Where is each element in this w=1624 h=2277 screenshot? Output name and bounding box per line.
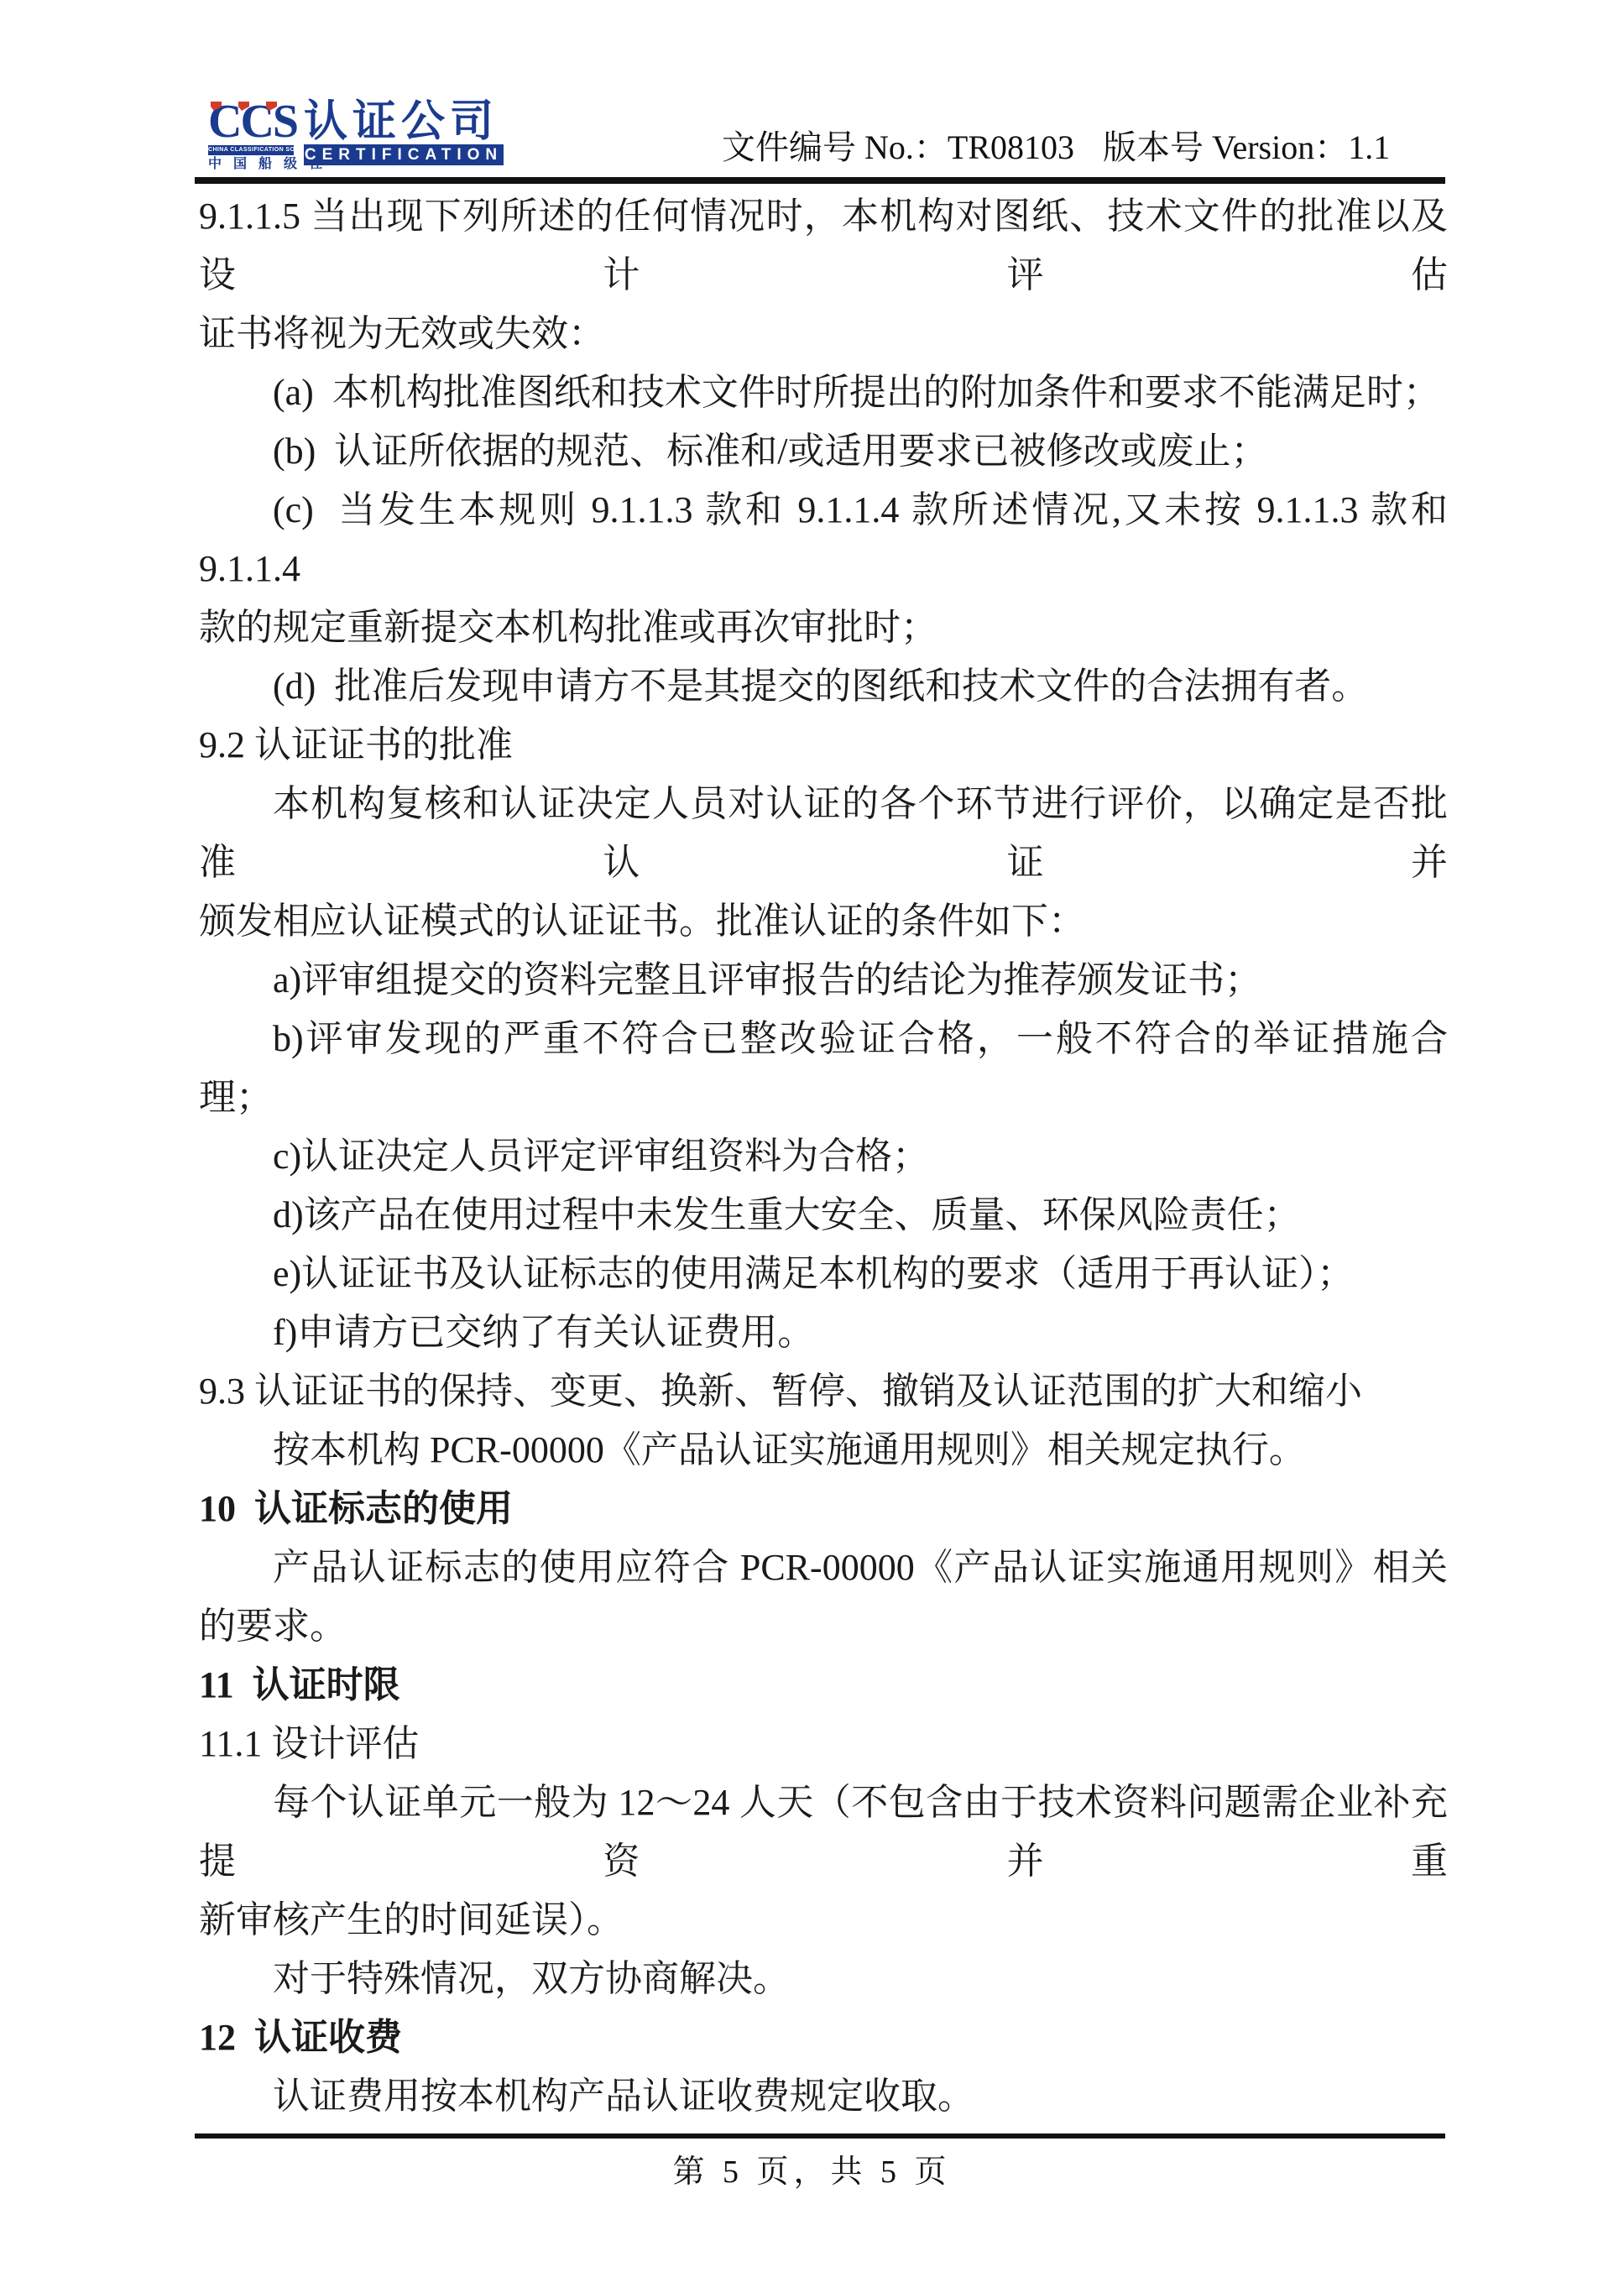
document-body: 9.1.1.5 当出现下列所述的任何情况时，本机构对图纸、技术文件的批准以及设计… xyxy=(199,187,1448,2126)
paragraph-line: c)认证决定人员评定评审组资料为合格； xyxy=(199,1127,1448,1186)
paragraph-line: b)评审发现的严重不符合已整改验证合格，一般不符合的举证措施合理； xyxy=(199,1010,1448,1127)
paragraph-line: 11 认证时限 xyxy=(199,1656,1448,1715)
version-label: 版本号 Version： xyxy=(1103,128,1348,166)
paragraph-line: 本机构复核和认证决定人员对认证的各个环节进行评价，以确定是否批准认证并 xyxy=(199,775,1448,892)
paragraph-line: a)评审组提交的资料完整且评审报告的结论为推荐颁发证书； xyxy=(199,951,1448,1010)
paragraph-line: (c) 当发生本规则 9.1.1.3 款和 9.1.1.4 款所述情况,又未按 … xyxy=(199,481,1448,598)
footer-rule xyxy=(195,2133,1445,2139)
paragraph-line: 款的规定重新提交本机构批准或再次审批时； xyxy=(199,598,1448,657)
doc-number-label: 文件编号 No.： xyxy=(722,128,948,166)
ccs-logo-left: CCS CHINA CLASSIFICATION SOCIETY 中 国 船 级… xyxy=(208,102,294,172)
paragraph-line: 12 认证收费 xyxy=(199,2008,1448,2067)
page-footer: 第 5 页，共 5 页 xyxy=(0,2145,1624,2191)
paragraph-line: 9.2 认证证书的批准 xyxy=(199,716,1448,775)
version-value: 1.1 xyxy=(1348,128,1390,166)
ccs-logo-right: 认证公司 CERTIFICATION xyxy=(304,102,504,165)
paragraph-line: e)认证证书及认证标志的使用满足本机构的要求（适用于再认证）； xyxy=(199,1245,1448,1303)
paragraph-line: d)该产品在使用过程中未发生重大安全、质量、环保风险责任； xyxy=(199,1186,1448,1245)
paragraph-line: 按本机构 PCR-00000《产品认证实施通用规则》相关规定执行。 xyxy=(199,1421,1448,1480)
paragraph-line: 证书将视为无效或失效： xyxy=(199,305,1448,363)
document-meta: 文件编号 No.：TR08103版本号 Version：1.1 xyxy=(722,128,1452,168)
paragraph-line: 产品认证标志的使用应符合 PCR-00000《产品认证实施通用规则》相关的要求。 xyxy=(199,1538,1448,1656)
paragraph-line: (b) 认证所依据的规范、标准和/或适用要求已被修改或废止； xyxy=(199,422,1448,481)
page: CCS CHINA CLASSIFICATION SOCIETY 中 国 船 级… xyxy=(0,0,1624,2277)
paragraph-line: 9.1.1.5 当出现下列所述的任何情况时，本机构对图纸、技术文件的批准以及设计… xyxy=(199,187,1448,305)
paragraph-line: f)申请方已交纳了有关认证费用。 xyxy=(199,1303,1448,1362)
paragraph-line: (a) 本机构批准图纸和技术文件时所提出的附加条件和要求不能满足时； xyxy=(199,363,1448,422)
certification-bar: CERTIFICATION xyxy=(304,144,504,165)
company-cn-name: 认证公司 xyxy=(304,102,504,143)
society-cn-name: 中 国 船 级 社 xyxy=(208,157,294,172)
ccs-acronym: CCS xyxy=(208,102,294,143)
paragraph-line: (d) 批准后发现申请方不是其提交的图纸和技术文件的合法拥有者。 xyxy=(199,657,1448,716)
paragraph-line: 9.3 认证证书的保持、变更、换新、暂停、撤销及认证范围的扩大和缩小 xyxy=(199,1362,1448,1421)
paragraph-line: 对于特殊情况，双方协商解决。 xyxy=(199,1950,1448,2008)
paragraph-line: 认证费用按本机构产品认证收费规定收取。 xyxy=(199,2067,1448,2126)
paragraph-line: 新审核产生的时间延误）。 xyxy=(199,1891,1448,1950)
ccs-logo: CCS CHINA CLASSIFICATION SOCIETY 中 国 船 级… xyxy=(208,102,504,172)
paragraph-line: 10 认证标志的使用 xyxy=(199,1480,1448,1538)
paragraph-line: 11.1 设计评估 xyxy=(199,1715,1448,1773)
paragraph-line: 颁发相应认证模式的认证证书。批准认证的条件如下： xyxy=(199,892,1448,951)
doc-number-value: TR08103 xyxy=(948,128,1074,166)
paragraph-line: 每个认证单元一般为 12～24 人天（不包含由于技术资料问题需企业补充提资并重 xyxy=(199,1773,1448,1891)
header-rule xyxy=(195,177,1445,184)
page-number: 第 5 页，共 5 页 xyxy=(672,2154,951,2190)
